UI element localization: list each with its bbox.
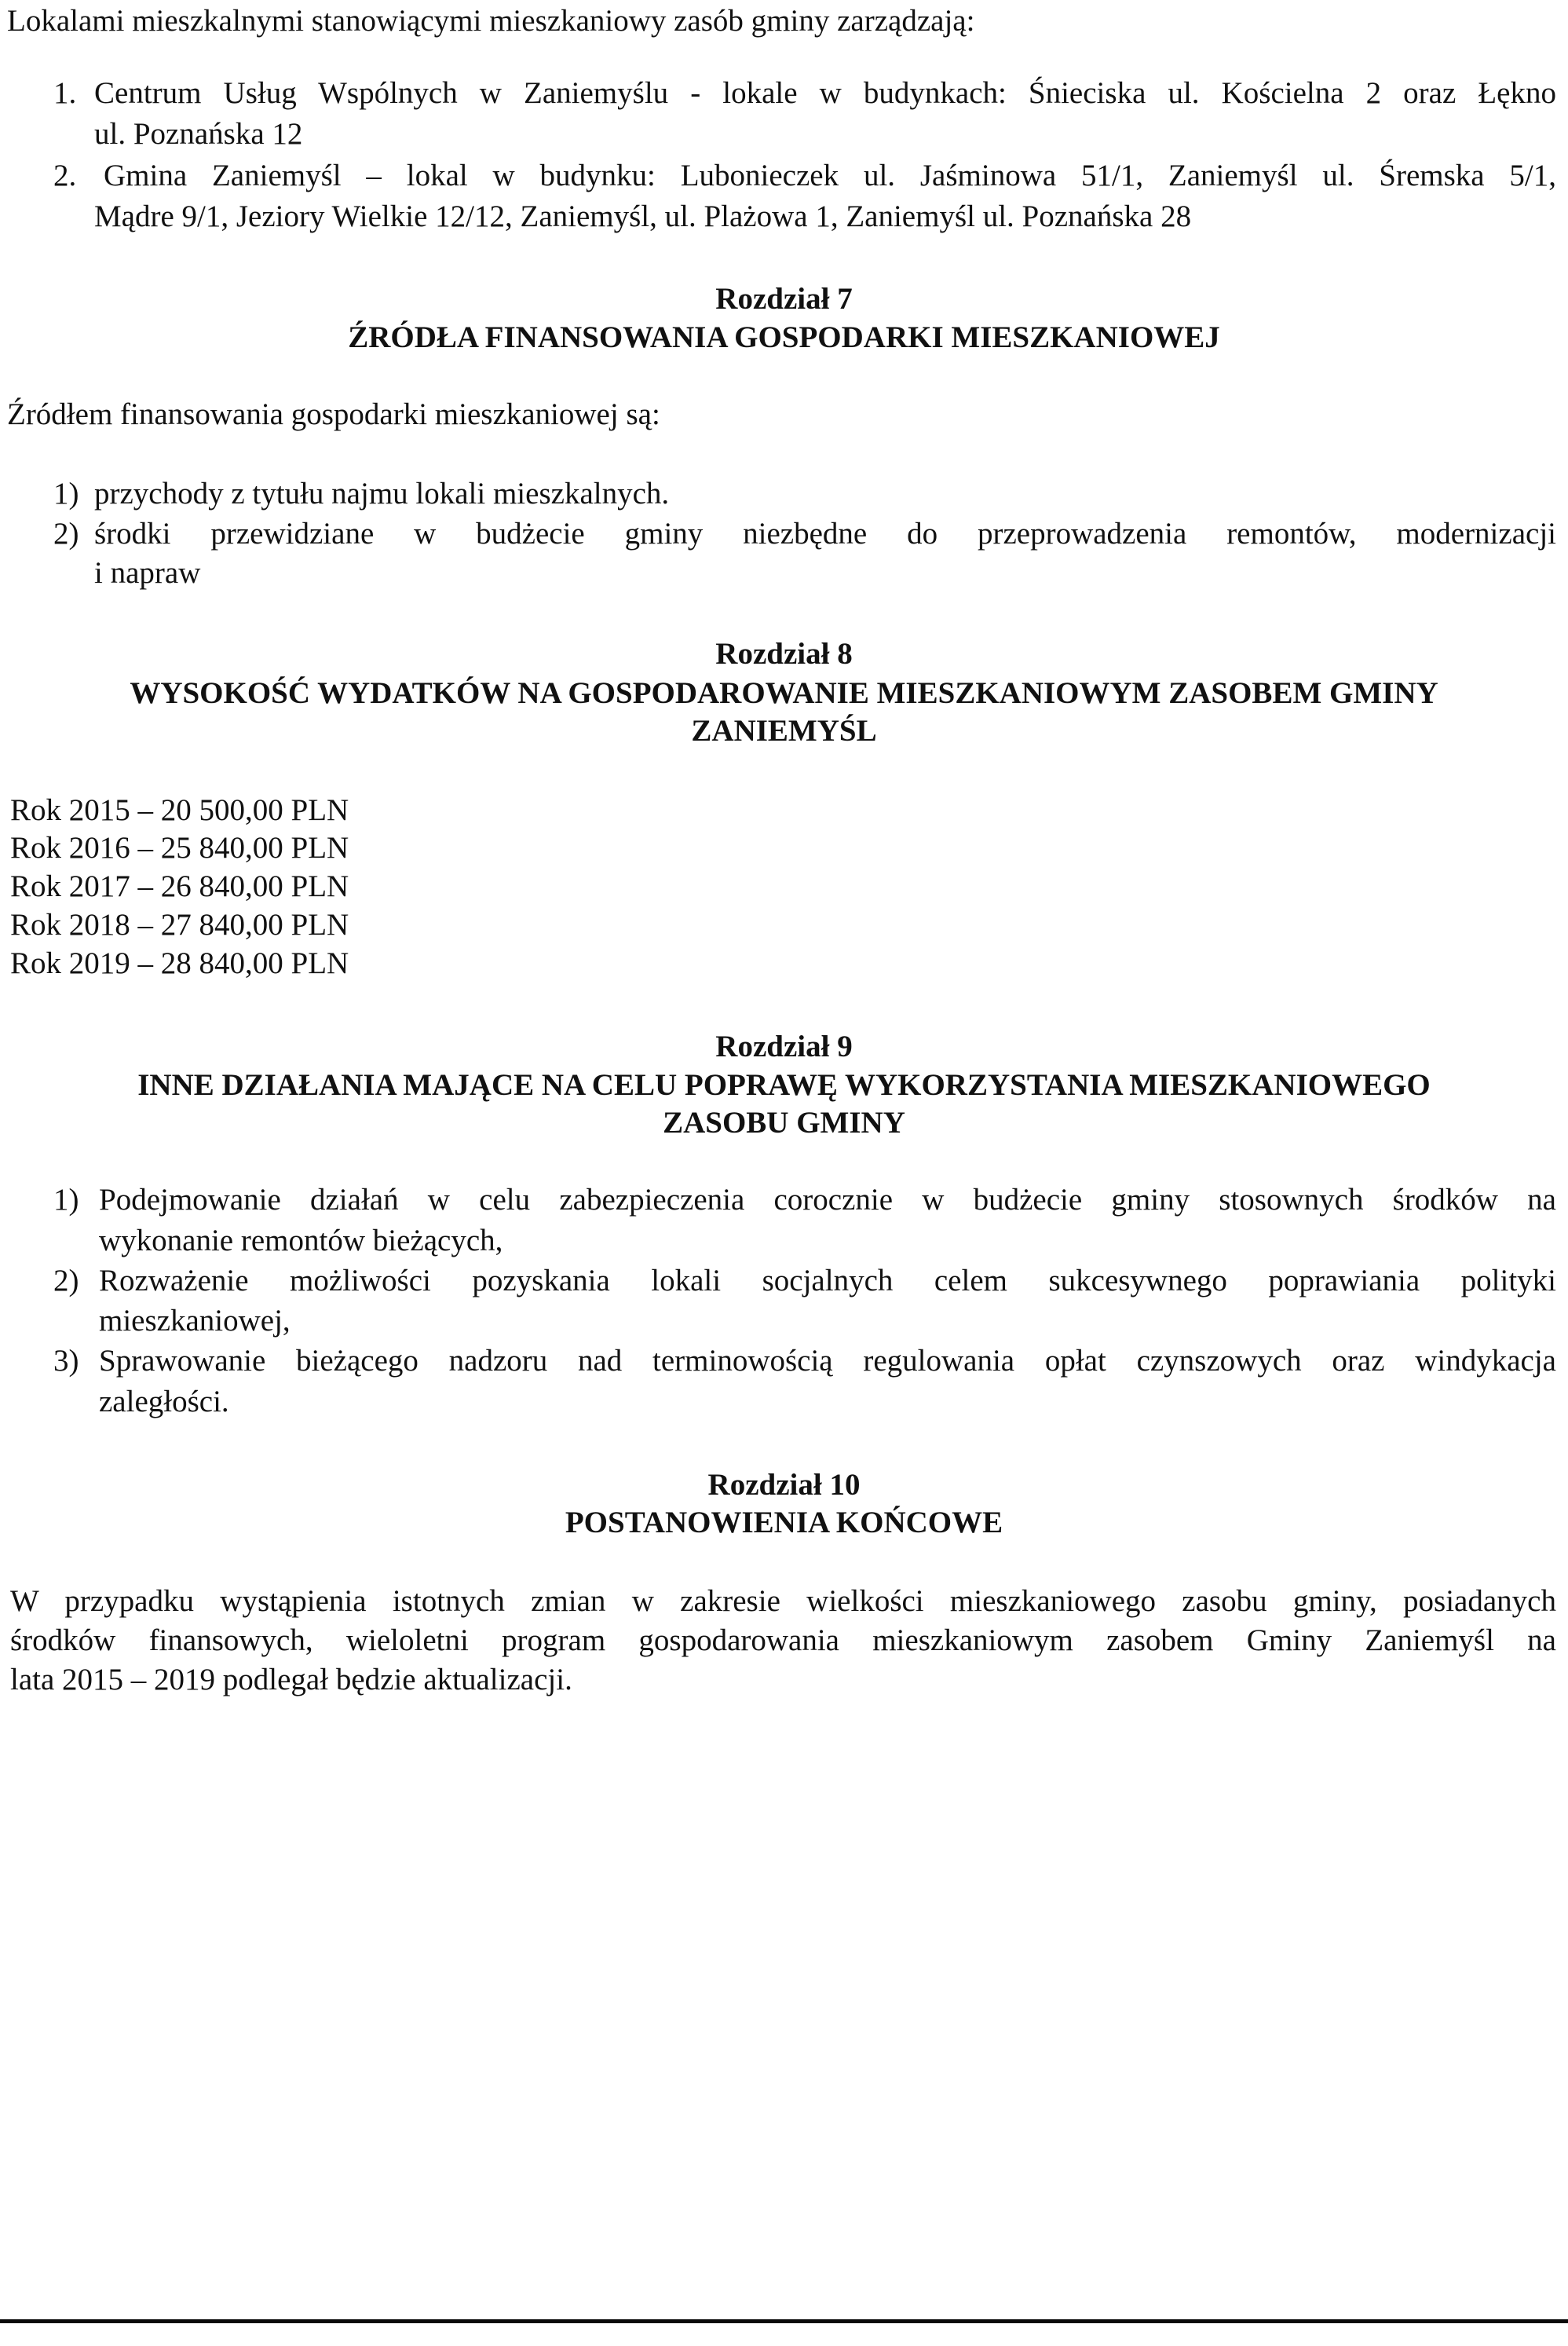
list-item-line: zaległości. — [99, 1382, 229, 1422]
chapter-title: ZASOBU GMINY — [0, 1103, 1568, 1143]
list-item-line: wykonanie remontów bieżących, — [99, 1221, 503, 1261]
expense-row: Rok 2016 – 25 840,00 PLN — [10, 829, 349, 868]
list-item-number: 2. — [53, 156, 76, 196]
chapter-heading: Rozdział 8 — [0, 635, 1568, 674]
expense-row: Rok 2018 – 27 840,00 PLN — [10, 906, 349, 945]
expense-row: Rok 2015 – 20 500,00 PLN — [10, 791, 349, 830]
list-item-line: i napraw — [94, 554, 200, 593]
chapter-heading: Rozdział 7 — [0, 280, 1568, 319]
list-item-number: 2) — [53, 514, 79, 554]
list-item-number: 1) — [53, 474, 79, 514]
chapter-title: ZANIEMYŚL — [0, 712, 1568, 751]
list-item-line: Gmina Zaniemyśl – lokal w budynku: Lubon… — [104, 156, 1556, 196]
list-item-line: mieszkaniowej, — [99, 1301, 291, 1341]
chapter-title: POSTANOWIENIA KOŃCOWE — [0, 1503, 1568, 1543]
footer-rule — [0, 2319, 1568, 2323]
intro-text: Lokalami mieszkalnymi stanowiącymi miesz… — [7, 2, 974, 41]
list-item-line: Centrum Usług Wspólnych w Zaniemyślu - l… — [94, 74, 1556, 113]
paragraph-line: W przypadku wystąpienia istotnych zmian … — [10, 1582, 1556, 1621]
list-item-line: środki przewidziane w budżecie gminy nie… — [94, 514, 1556, 554]
chapter-heading: Rozdział 9 — [0, 1027, 1568, 1067]
chapter-title: WYSOKOŚĆ WYDATKÓW NA GOSPODAROWANIE MIES… — [0, 674, 1568, 713]
list-item-line: Mądre 9/1, Jeziory Wielkie 12/12, Zaniem… — [94, 197, 1191, 236]
chapter-title: INNE DZIAŁANIA MAJĄCE NA CELU POPRAWĘ WY… — [0, 1066, 1568, 1105]
list-item-number: 1) — [53, 1180, 79, 1220]
lead-text: Źródłem finansowania gospodarki mieszkan… — [7, 395, 660, 434]
list-item-line: ul. Poznańska 12 — [94, 115, 302, 154]
list-item-number: 3) — [53, 1341, 79, 1381]
list-item-line: Rozważenie możliwości pozyskania lokali … — [99, 1261, 1556, 1301]
list-item-number: 1. — [53, 74, 76, 113]
expense-row: Rok 2019 – 28 840,00 PLN — [10, 944, 349, 983]
list-item-line: Podejmowanie działań w celu zabezpieczen… — [99, 1180, 1556, 1220]
chapter-title: ŹRÓDŁA FINANSOWANIA GOSPODARKI MIESZKANI… — [0, 318, 1568, 357]
list-item-number: 2) — [53, 1261, 79, 1301]
paragraph-line: środków finansowych, wieloletni program … — [10, 1621, 1556, 1660]
list-item-line: przychody z tytułu najmu lokali mieszkal… — [94, 474, 669, 514]
paragraph-line: lata 2015 – 2019 podlegał będzie aktuali… — [10, 1660, 572, 1700]
document-page: Lokalami mieszkalnymi stanowiącymi miesz… — [0, 0, 1568, 2346]
list-item-line: Sprawowanie bieżącego nadzoru nad termin… — [99, 1341, 1556, 1381]
expense-row: Rok 2017 – 26 840,00 PLN — [10, 867, 349, 906]
chapter-heading: Rozdział 10 — [0, 1466, 1568, 1505]
